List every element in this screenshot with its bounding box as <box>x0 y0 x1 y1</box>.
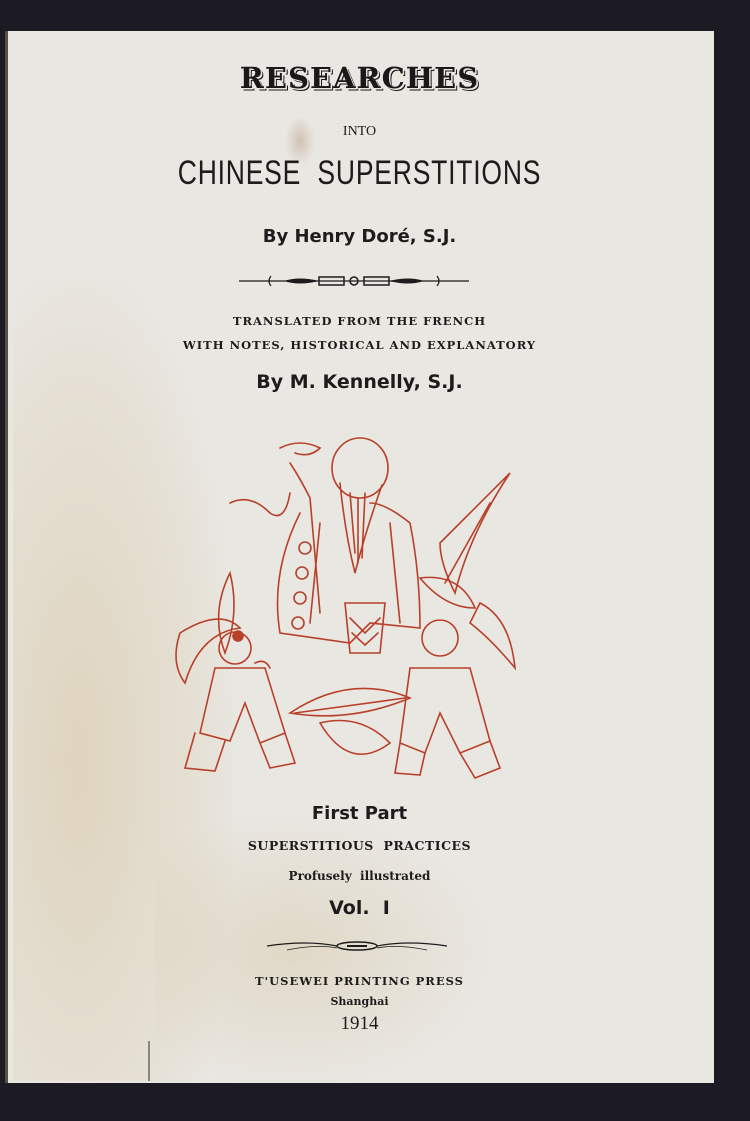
illustration-note: Profusely illustrated <box>5 869 714 883</box>
translator-line: By M. Kennelly, S.J. <box>5 371 714 393</box>
sage-and-children-illustration-icon <box>170 423 530 793</box>
volume-label: Vol. I <box>5 897 714 919</box>
part-label: First Part <box>5 803 714 824</box>
title-chinese-superstitions: CHINESE SUPERSTITIONS <box>83 154 636 193</box>
page-edge <box>5 31 8 1083</box>
title-researches: RESEARCHES <box>5 61 714 95</box>
translation-note-1: TRANSLATED FROM THE FRENCH <box>5 314 714 328</box>
part-subtitle: SUPERSTITIOUS PRACTICES <box>5 838 714 853</box>
publisher: T'USEWEI PRINTING PRESS <box>5 974 714 988</box>
publication-year: 1914 <box>5 1013 714 1035</box>
ornament-flourish-icon <box>267 938 447 954</box>
translation-note-2: WITH NOTES, HISTORICAL AND EXPLANATORY <box>5 338 714 352</box>
paper-crease <box>148 1041 150 1081</box>
ornament-divider-icon <box>239 273 469 289</box>
title-into: INTO <box>5 124 714 140</box>
publication-city: Shanghai <box>5 995 714 1008</box>
author-line: By Henry Doré, S.J. <box>5 226 714 247</box>
title-page: RESEARCHES INTO CHINESE SUPERSTITIONS By… <box>5 31 714 1083</box>
